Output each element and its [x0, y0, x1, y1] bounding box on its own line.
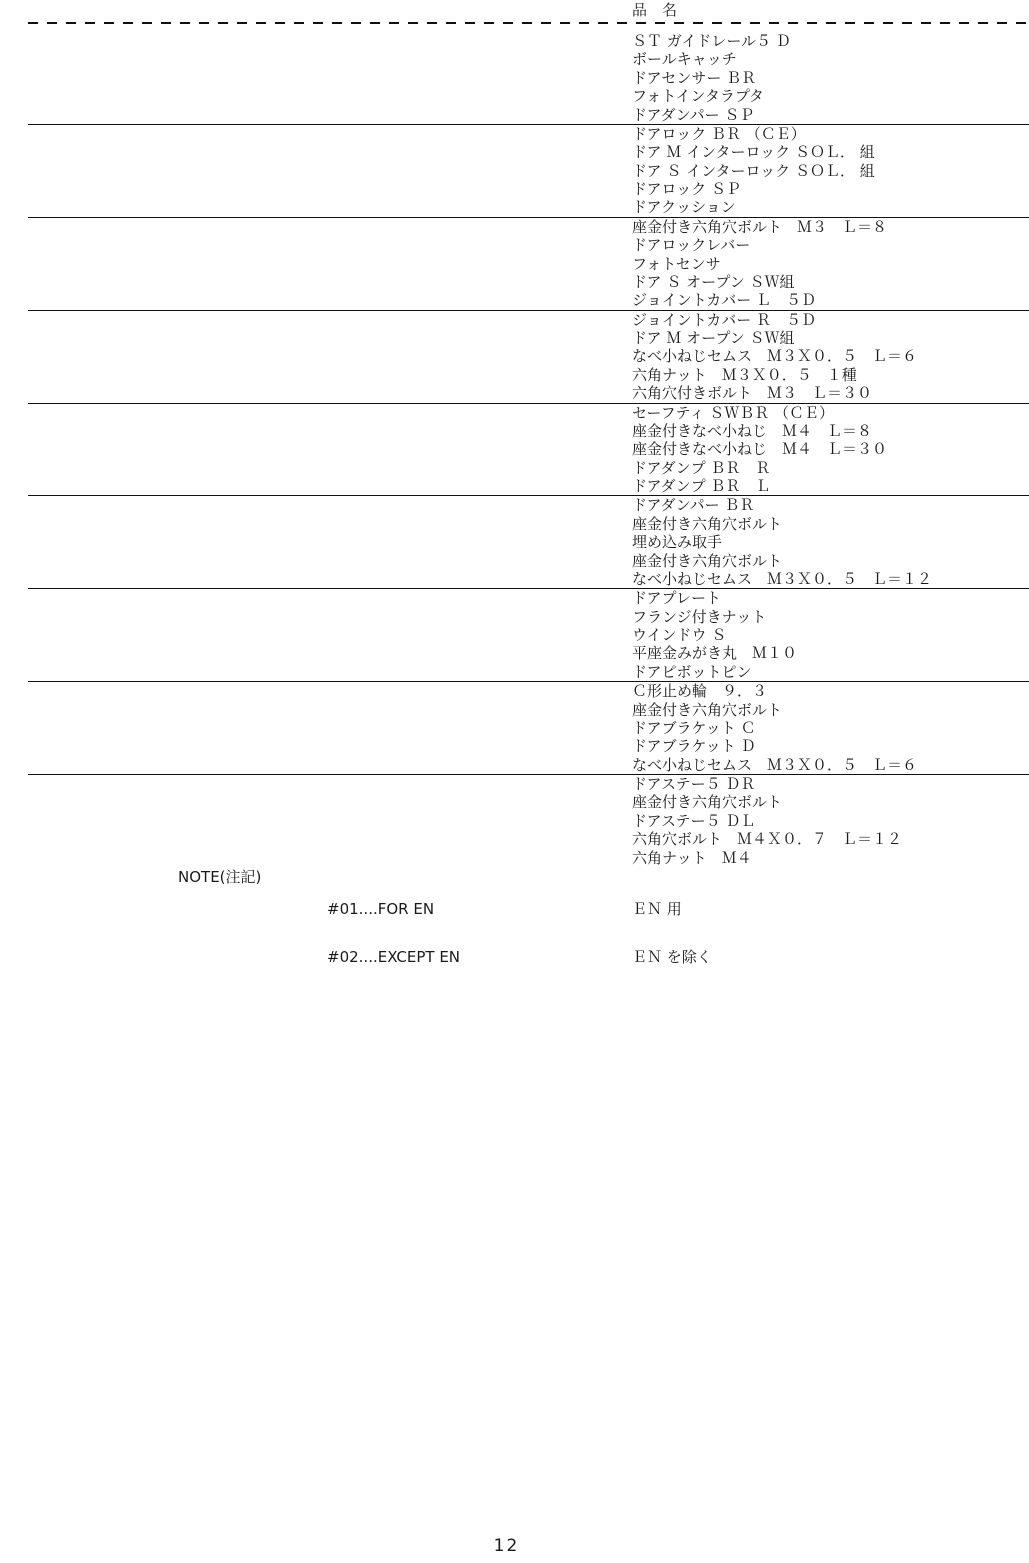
note-code-2: #02....EXCEPT EN — [327, 949, 460, 965]
page-number: 12 — [0, 1536, 1021, 1556]
part-name-row: ジョイントカバー Ｒ ５Ｄ — [28, 311, 1029, 329]
part-name-row: 座金付き六角穴ボルト — [28, 793, 1029, 811]
part-name-row: 六角ナット Ｍ４ — [28, 849, 1029, 867]
part-name-row: ＳＴ ガイドレール５ Ｄ — [28, 32, 1029, 50]
part-name-row: ドアダンプ ＢＲ Ｌ — [28, 477, 1029, 495]
parts-list-page: 品 名 ＳＴ ガイドレール５ Ｄボールキャッチドアセンサー ＢＲフォトインタラプ… — [0, 0, 1029, 1563]
part-name-row: ウインドウ Ｓ — [28, 626, 1029, 644]
part-name-row: 六角穴ボルト Ｍ４Ｘ０．７ Ｌ＝１２ — [28, 830, 1029, 848]
part-name-row: ドア Ｓ インターロック ＳＯＬ． 組 — [28, 162, 1029, 180]
parts-section: ドアロック ＢＲ （ＣＥ）ドア Ｍ インターロック ＳＯＬ． 組ドア Ｓ インタ… — [28, 124, 1029, 217]
parts-section: ＳＴ ガイドレール５ Ｄボールキャッチドアセンサー ＢＲフォトインタラプタドアダ… — [28, 24, 1029, 124]
parts-section: ジョイントカバー Ｒ ５Ｄドア Ｍ オープン ＳＷ組なべ小ねじセムス Ｍ３Ｘ０．… — [28, 310, 1029, 403]
note-description-2: ＥＮ を除く — [632, 949, 712, 965]
parts-section: 座金付き六角穴ボルト Ｍ３ Ｌ＝８ドアロックレバーフォトセンサドア Ｓ オープン… — [28, 217, 1029, 310]
parts-section: ドアステー５ ＤＲ座金付き六角穴ボルトドアステー５ ＤＬ六角穴ボルト Ｍ４Ｘ０．… — [28, 774, 1029, 867]
parts-sections-container: ＳＴ ガイドレール５ Ｄボールキャッチドアセンサー ＢＲフォトインタラプタドアダ… — [28, 24, 1029, 867]
part-name-row: ドアロック ＳＰ — [28, 180, 1029, 198]
part-name-row: 六角ナット Ｍ３Ｘ０．５ １種 — [28, 366, 1029, 384]
part-name-row: ドアダンパー ＢＲ — [28, 496, 1029, 514]
note-codes-column: #01....FOR EN #02....EXCEPT EN — [327, 869, 460, 997]
part-name-row: なべ小ねじセムス Ｍ３Ｘ０．５ Ｌ＝１２ — [28, 570, 1029, 588]
part-name-row: 平座金みがき丸 Ｍ１０ — [28, 644, 1029, 662]
part-name-row: ドアクッション — [28, 198, 1029, 216]
part-name-row: ジョイントカバー Ｌ ５Ｄ — [28, 291, 1029, 309]
part-name-row: ドア Ｍ オープン ＳＷ組 — [28, 329, 1029, 347]
part-name-row: 座金付き六角穴ボルト Ｍ３ Ｌ＝８ — [28, 218, 1029, 236]
part-name-row: 六角穴付きボルト Ｍ３ Ｌ＝３０ — [28, 384, 1029, 402]
part-name-row: 埋め込み取手 — [28, 533, 1029, 551]
part-name-row: 座金付き六角穴ボルト — [28, 552, 1029, 570]
parts-section: ドアプレートフランジ付きナットウインドウ Ｓ平座金みがき丸 Ｍ１０ドアピボットピ… — [28, 588, 1029, 681]
part-name-row: フォトインタラプタ — [28, 87, 1029, 105]
part-name-row: 座金付きなべ小ねじ Ｍ４ Ｌ＝８ — [28, 422, 1029, 440]
part-name-row: ドアロック ＢＲ （ＣＥ） — [28, 125, 1029, 143]
parts-section: セーフティ ＳＷＢＲ （ＣＥ）座金付きなべ小ねじ Ｍ４ Ｌ＝８座金付きなべ小ねじ… — [28, 403, 1029, 496]
part-name-row: 座金付きなべ小ねじ Ｍ４ Ｌ＝３０ — [28, 440, 1029, 458]
note-descriptions-column: ＥＮ 用 ＥＮ を除く — [632, 869, 712, 997]
part-name-row: セーフティ ＳＷＢＲ （ＣＥ） — [28, 404, 1029, 422]
part-name-row: ドアセンサー ＢＲ — [28, 69, 1029, 87]
part-name-row: ドアダンパー ＳＰ — [28, 106, 1029, 124]
part-name-row: フランジ付きナット — [28, 608, 1029, 626]
part-name-row: 座金付き六角穴ボルト — [28, 515, 1029, 533]
part-name-row: ドアステー５ ＤＬ — [28, 812, 1029, 830]
part-name-row: フォトセンサ — [28, 255, 1029, 273]
part-name-row: ドアブラケット Ｄ — [28, 737, 1029, 755]
part-name-row: ボールキャッチ — [28, 50, 1029, 68]
parts-section: ドアダンパー ＢＲ座金付き六角穴ボルト埋め込み取手座金付き六角穴ボルトなべ小ねじ… — [28, 495, 1029, 588]
part-name-row: ドアプレート — [28, 589, 1029, 607]
note-code-1: #01....FOR EN — [327, 901, 460, 917]
part-name-row: ドアダンプ ＢＲ Ｒ — [28, 459, 1029, 477]
part-name-row: なべ小ねじセムス Ｍ３Ｘ０．５ Ｌ＝６ — [28, 347, 1029, 365]
parts-section: Ｃ形止め輪 ９．３座金付き六角穴ボルトドアブラケット Ｃドアブラケット Ｄなべ小… — [28, 681, 1029, 774]
part-name-row: ドアロックレバー — [28, 236, 1029, 254]
part-name-row: Ｃ形止め輪 ９．３ — [28, 682, 1029, 700]
part-name-row: ドア Ｓ オープン ＳＷ組 — [28, 273, 1029, 291]
note-block: NOTE(注記) #01....FOR EN #02....EXCEPT EN … — [0, 869, 1029, 909]
part-name-row: ドアステー５ ＤＲ — [28, 775, 1029, 793]
column-header-part-name: 品 名 — [632, 1, 677, 19]
part-name-row: ドア Ｍ インターロック ＳＯＬ． 組 — [28, 143, 1029, 161]
note-description-1: ＥＮ 用 — [632, 901, 712, 917]
part-name-row: なべ小ねじセムス Ｍ３Ｘ０．５ Ｌ＝６ — [28, 756, 1029, 774]
note-label: NOTE(注記) — [178, 869, 261, 885]
part-name-row: ドアブラケット Ｃ — [28, 719, 1029, 737]
parts-table: ＳＴ ガイドレール５ Ｄボールキャッチドアセンサー ＢＲフォトインタラプタドアダ… — [28, 22, 1029, 867]
part-name-row: 座金付き六角穴ボルト — [28, 701, 1029, 719]
part-name-row: ドアピボットピン — [28, 663, 1029, 681]
